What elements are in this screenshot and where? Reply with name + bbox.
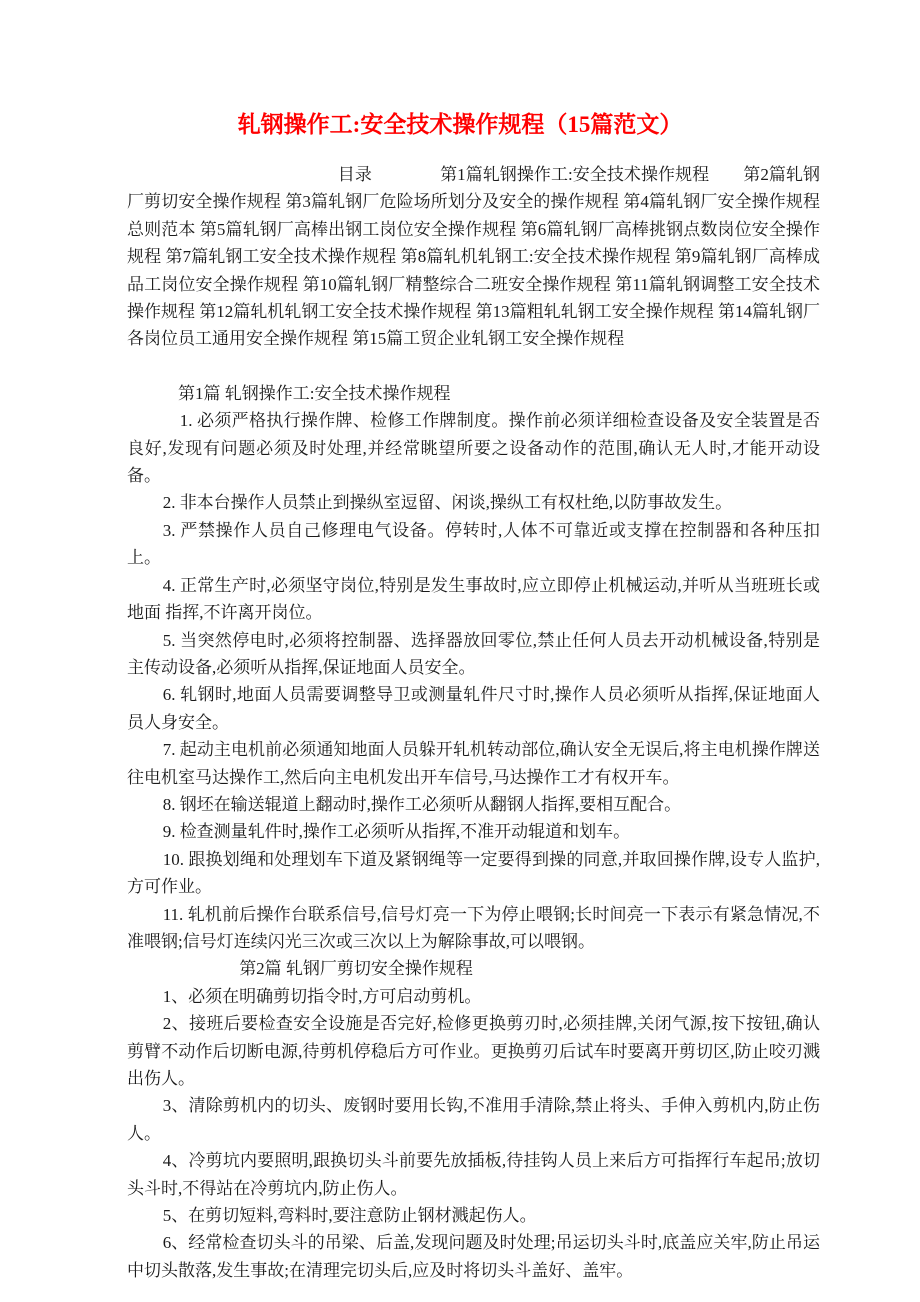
body-paragraph: 1. 必须严格执行操作牌、检修工作牌制度。操作前必须详细检查设备及安全装置是否良…: [127, 407, 820, 489]
body-paragraph: 5、在剪切短料,弯料时,要注意防止钢材溅起伤人。: [127, 1202, 820, 1229]
body-paragraph: 3. 严禁操作人员自己修理电气设备。停转时,人体不可靠近或支撑在控制器和各种压扣…: [127, 517, 820, 572]
body-paragraph: 4. 正常生产时,必须坚守岗位,特别是发生事故时,应立即停止机械运动,并听从当班…: [127, 572, 820, 627]
document-title: 轧钢操作工:安全技术操作规程（15篇范文）: [90, 108, 830, 141]
body-paragraph: 9. 检查测量轧件时,操作工必须听从指挥,不准开动辊道和划车。: [127, 818, 820, 845]
body-paragraph: 4、冷剪坑内要照明,跟换切头斗前要先放插板,待挂钩人员上来后方可指挥行车起吊;放…: [127, 1147, 820, 1202]
body-paragraph: 6、经常检查切头斗的吊梁、后盖,发现问题及时处理;吊运切头斗时,底盖应关牢,防止…: [127, 1229, 820, 1284]
body-paragraph: 7. 起动主电机前必须通知地面人员躲开轧机转动部位,确认安全无误后,将主电机操作…: [127, 736, 820, 791]
body-paragraph: 3、清除剪机内的切头、废钢时要用长钩,不准用手清除,禁止将头、手伸入剪机内,防止…: [127, 1092, 820, 1147]
body-paragraph: 6. 轧钢时,地面人员需要调整导卫或测量轧件尺寸时,操作人员必须听从指挥,保证地…: [127, 681, 820, 736]
body-paragraph: 5. 当突然停电时,必须将控制器、选择器放回零位,禁止任何人员去开动机械设备,特…: [127, 627, 820, 682]
section-heading: 第1篇 轧钢操作工:安全技术操作规程: [127, 380, 820, 407]
body-paragraph: 10. 跟换划绳和处理划车下道及紧钢绳等一定要得到操的同意,并取回操作牌,设专人…: [127, 846, 820, 901]
body-paragraph: 2、接班后要检查安全设施是否完好,检修更换剪刃时,必须挂牌,关闭气源,按下按钮,…: [127, 1010, 820, 1092]
body-paragraph: 8. 钢坯在输送辊道上翻动时,操作工必须听从翻钢人指挥,要相互配合。: [127, 791, 820, 818]
document-page: 轧钢操作工:安全技术操作规程（15篇范文） 目录 第1篇轧钢操作工:安全技术操作…: [0, 0, 920, 1302]
section-heading: 第2篇 轧钢厂剪切安全操作规程: [127, 955, 820, 982]
document-body: 目录 第1篇轧钢操作工:安全技术操作规程 第2篇轧钢厂剪切安全操作规程 第3篇轧…: [0, 141, 920, 1284]
body-paragraph: 2. 非本台操作人员禁止到操纵室逗留、闲谈,操纵工有权杜绝,以防事故发生。: [127, 489, 820, 516]
body-paragraph: 11. 轧机前后操作台联系信号,信号灯亮一下为停止喂钢;长时间亮一下表示有紧急情…: [127, 901, 820, 956]
toc-paragraph: 目录 第1篇轧钢操作工:安全技术操作规程 第2篇轧钢厂剪切安全操作规程 第3篇轧…: [127, 161, 820, 353]
body-paragraph: 1、必须在明确剪切指令时,方可启动剪机。: [127, 983, 820, 1010]
